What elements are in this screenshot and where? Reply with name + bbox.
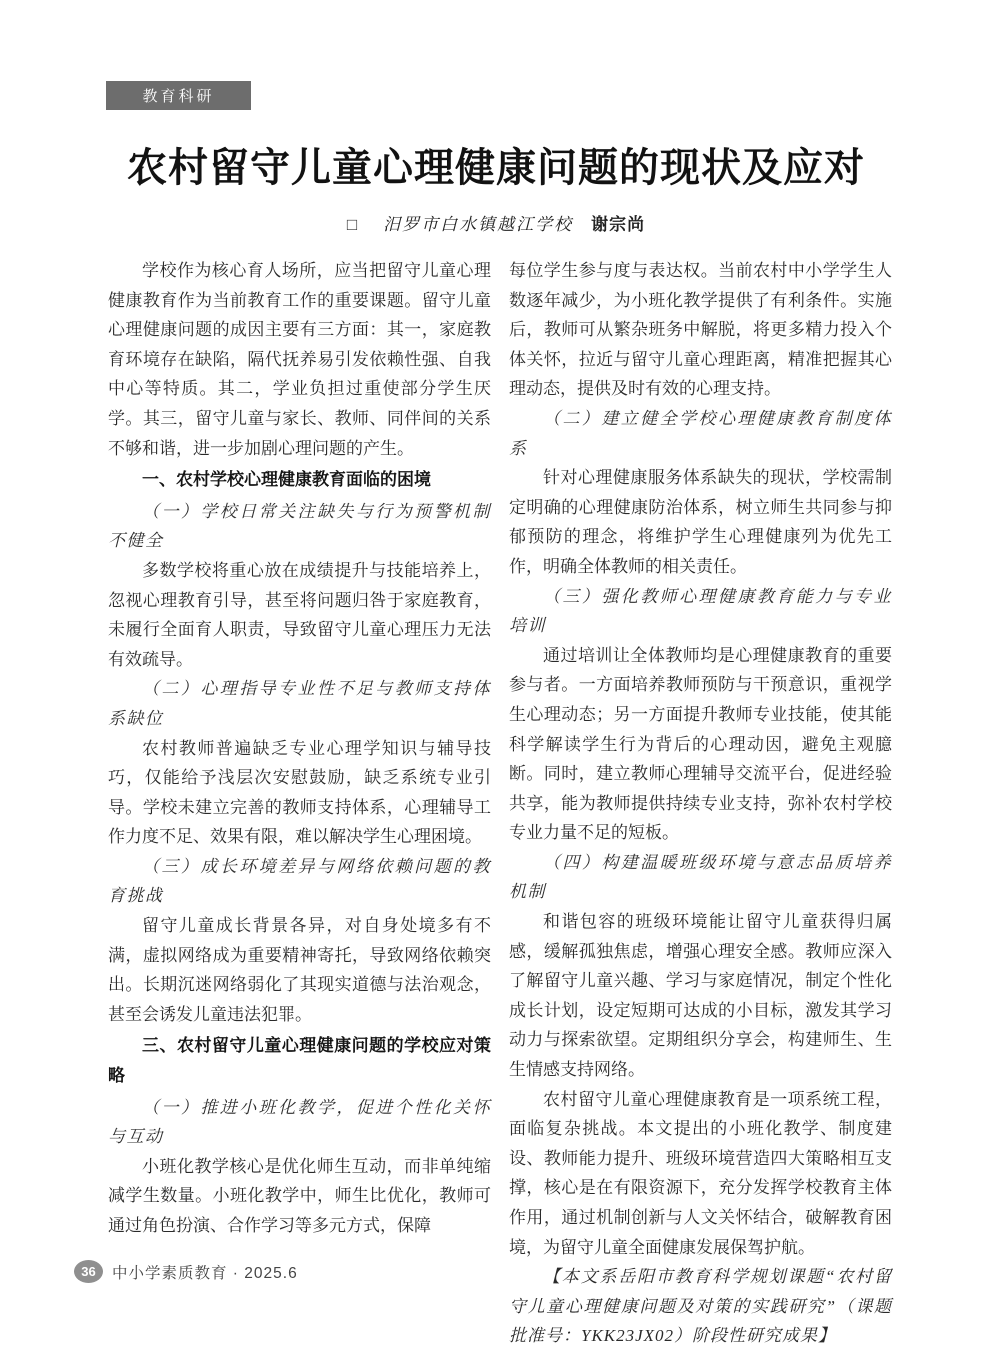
paragraph: 学校作为核心育人场所，应当把留守儿童心理健康教育作为当前教育工作的重要课题。留守…	[108, 256, 491, 463]
author-line: □汨罗市白水镇越江学校谢宗尚	[0, 210, 992, 235]
subsection-heading: （三）强化教师心理健康教育能力与专业培训	[509, 582, 892, 641]
left-column: 学校作为核心育人场所，应当把留守儿童心理健康教育作为当前教育工作的重要课题。留守…	[108, 256, 491, 1346]
category-badge: 教育科研	[106, 81, 251, 110]
right-column: 每位学生参与度与表达权。当前农村中小学学生人数逐年减少，为小班化教学提供了有利条…	[509, 256, 892, 1346]
paragraph: 留守儿童成长背景各异，对自身处境多有不满，虚拟网络成为重要精神寄托，导致网络依赖…	[108, 911, 491, 1029]
paragraph: 多数学校将重心放在成绩提升与技能培养上，忽视心理教育引导，甚至将问题归咎于家庭教…	[108, 556, 491, 674]
page-footer: 36 中小学素质教育 · 2025.6	[74, 1260, 298, 1283]
section-heading: 三、农村留守儿童心理健康问题的学校应对策略	[108, 1031, 491, 1090]
paragraph: 农村教师普遍缺乏专业心理学知识与辅导技巧，仅能给予浅层次安慰鼓励，缺乏系统专业引…	[108, 734, 491, 852]
subsection-heading: （三）成长环境差异与网络依赖问题的教育挑战	[108, 852, 491, 911]
funding-note: 【本文系岳阳市教育科学规划课题“农村留守儿童心理健康问题及对策的实践研究”（课题…	[509, 1262, 892, 1346]
subsection-heading: （四）构建温暖班级环境与意志品质培养机制	[509, 848, 892, 907]
paragraph: 通过培训让全体教师均是心理健康教育的重要参与者。一方面培养教师预防与干预意识，重…	[509, 641, 892, 848]
subsection-heading: （二）心理指导专业性不足与教师支持体系缺位	[108, 674, 491, 733]
section-heading: 一、农村学校心理健康教育面临的困境	[108, 465, 491, 495]
journal-page: 教育科研 农村留守儿童心理健康问题的现状及应对 □汨罗市白水镇越江学校谢宗尚 学…	[0, 0, 992, 1346]
article-title: 农村留守儿童心理健康问题的现状及应对	[0, 136, 992, 193]
author-name: 谢宗尚	[591, 210, 645, 235]
journal-name: 中小学素质教育 · 2025.6	[112, 1261, 298, 1283]
paragraph: 和谐包容的班级环境能让留守儿童获得归属感，缓解孤独焦虑，增强心理安全感。教师应深…	[509, 907, 892, 1085]
paragraph: 小班化教学核心是优化师生互动，而非单纯缩减学生数量。小班化教学中，师生比优化，教…	[108, 1152, 491, 1241]
article-body: 学校作为核心育人场所，应当把留守儿童心理健康教育作为当前教育工作的重要课题。留守…	[108, 256, 892, 1346]
subsection-heading: （二）建立健全学校心理健康教育制度体系	[509, 404, 892, 463]
subsection-heading: （一）推进小班化教学，促进个性化关怀与互动	[108, 1093, 491, 1152]
paragraph: 针对心理健康服务体系缺失的现状，学校需制定明确的心理健康防治体系，树立师生共同参…	[509, 463, 892, 581]
page-number-badge: 36	[74, 1260, 103, 1283]
author-affiliation: 汨罗市白水镇越江学校	[383, 210, 573, 235]
subsection-heading: （一）学校日常关注缺失与行为预警机制不健全	[108, 497, 491, 556]
paragraph: 农村留守儿童心理健康教育是一项系统工程，面临复杂挑战。本文提出的小班化教学、制度…	[509, 1085, 892, 1263]
author-marker-square-icon: □	[347, 215, 357, 235]
paragraph-continuation: 每位学生参与度与表达权。当前农村中小学学生人数逐年减少，为小班化教学提供了有利条…	[509, 256, 892, 404]
